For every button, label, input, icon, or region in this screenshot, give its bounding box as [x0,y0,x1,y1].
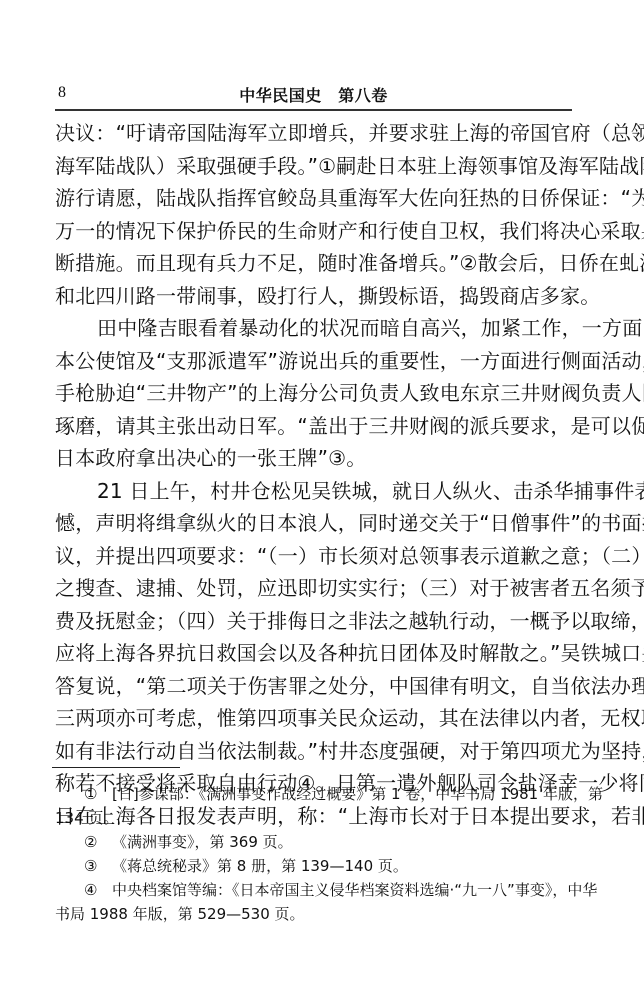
footnote-mark: ④ [84,878,112,902]
footnote-text: 《蒋总统秘录》第 8 册，第 139—140 页。 [112,857,408,875]
text-line: 本公使馆及“支那派遣军”游说出兵的重要性，一方面进行侧面活动，以 [55,345,575,378]
footnote: ④中央档案馆等编：《日本帝国主义侵华档案资料选编·“九一八”事变》，中华书局 1… [55,878,575,926]
text-line: 田中隆吉眼看着暴动化的状况而暗自高兴，加紧工作，一方面向日 [55,312,575,345]
text-line: 应将上海各界抗日救国会以及各种抗日团体及时解散之。”吴铁城口头 [55,637,575,670]
footnote-first-line: ①[日]参谋部：《满洲事变作战经过概要》第 1 卷，中华书局 1981 年版，第 [55,782,575,806]
text-line: 决议：“吁请帝国陆海军立即增兵，并要求驻上海的帝国官府（总领事及 [55,117,575,150]
header-rule [55,109,572,111]
footnote-mark: ③ [84,854,112,878]
text-line: 费及抚慰金；（四）关于排侮日之非法之越轨行动，一概予以取缔，尔其 [55,605,575,638]
text-line: 手枪胁迫“三井物产”的上海分公司负责人致电东京三井财阀负责人团 [55,377,575,410]
footnote-first-line: ③《蒋总统秘录》第 8 册，第 139—140 页。 [55,854,575,878]
body-text: 决议：“吁请帝国陆海军立即增兵，并要求驻上海的帝国官府（总领事及海军陆战队）采取… [55,117,575,832]
footnote-rule [52,767,180,768]
footnote: ②《满洲事变》，第 369 页。 [55,830,575,854]
text-line: 断措施。而且现有兵力不足，随时准备增兵。”②散会后，日侨在虬江路 [55,247,575,280]
footnote: ③《蒋总统秘录》第 8 册，第 139—140 页。 [55,854,575,878]
text-line: 万一的情况下保护侨民的生命财产和行使自卫权，我们将决心采取果 [55,215,575,248]
text-line: 海军陆战队）采取强硬手段。”①嗣赴日本驻上海领事馆及海军陆战队 [55,150,575,183]
footnote-continuation-line: 书局 1988 年版，第 529—530 页。 [55,902,575,926]
footnote-text: [日]参谋部：《满洲事变作战经过概要》第 1 卷，中华书局 1981 年版，第 [112,785,603,803]
text-line: 琢磨，请其主张出动日军。“盖出于三井财阀的派兵要求，是可以促使 [55,410,575,443]
text-line: 三两项亦可考虑，惟第四项事关民众运动，其在法律以内者，无权取缔， [55,702,575,735]
footnote-text: 《满洲事变》，第 369 页。 [112,833,293,851]
text-line: 游行请愿，陆战队指挥官鲛岛具重海军大佐向狂热的日侨保证：“为在 [55,182,575,215]
page-header: 8 中华民国史 第八卷 [55,80,572,108]
text-line: 议，并提出四项要求：“（一）市长须对总领事表示道歉之意；（二）加害者 [55,540,575,573]
text-line: 日本政府拿出决心的一张王牌”③。 [55,442,575,475]
text-line: 憾，声明将缉拿纵火的日本浪人，同时递交关于“日僧事件”的书面抗 [55,507,575,540]
footnote-first-line: ④中央档案馆等编：《日本帝国主义侵华档案资料选编·“九一八”事变》，中华 [55,878,575,902]
footnote-mark: ② [84,830,112,854]
footnote: ①[日]参谋部：《满洲事变作战经过概要》第 1 卷，中华书局 1981 年版，第… [55,782,575,830]
text-line: 之搜查、逮捕、处罚，应迅即切实实行；（三）对于被害者五名须予以医药 [55,572,575,605]
running-title: 中华民国史 第八卷 [55,83,572,106]
text-line: 答复说，“第二项关于伤害罪之处分，中国律有明文，自当依法办理，一、 [55,670,575,703]
footnote-continuation-line: 134 页。 [55,806,575,830]
text-line: 21 日上午，村井仓松见吴铁城，就日人纵火、击杀华捕事件表示遗 [55,475,575,508]
footnote-first-line: ②《满洲事变》，第 369 页。 [55,830,575,854]
footnote-mark: ① [84,782,112,806]
footnotes: ①[日]参谋部：《满洲事变作战经过概要》第 1 卷，中华书局 1981 年版，第… [55,782,575,926]
text-line: 如有非法行动自当依法制裁。”村井态度强硬，对于第四项尤为坚持，声 [55,735,575,768]
text-line: 和北四川路一带闹事，殴打行人，撕毁标语，捣毁商店多家。 [55,280,575,313]
footnote-text: 中央档案馆等编：《日本帝国主义侵华档案资料选编·“九一八”事变》，中华 [112,881,597,899]
